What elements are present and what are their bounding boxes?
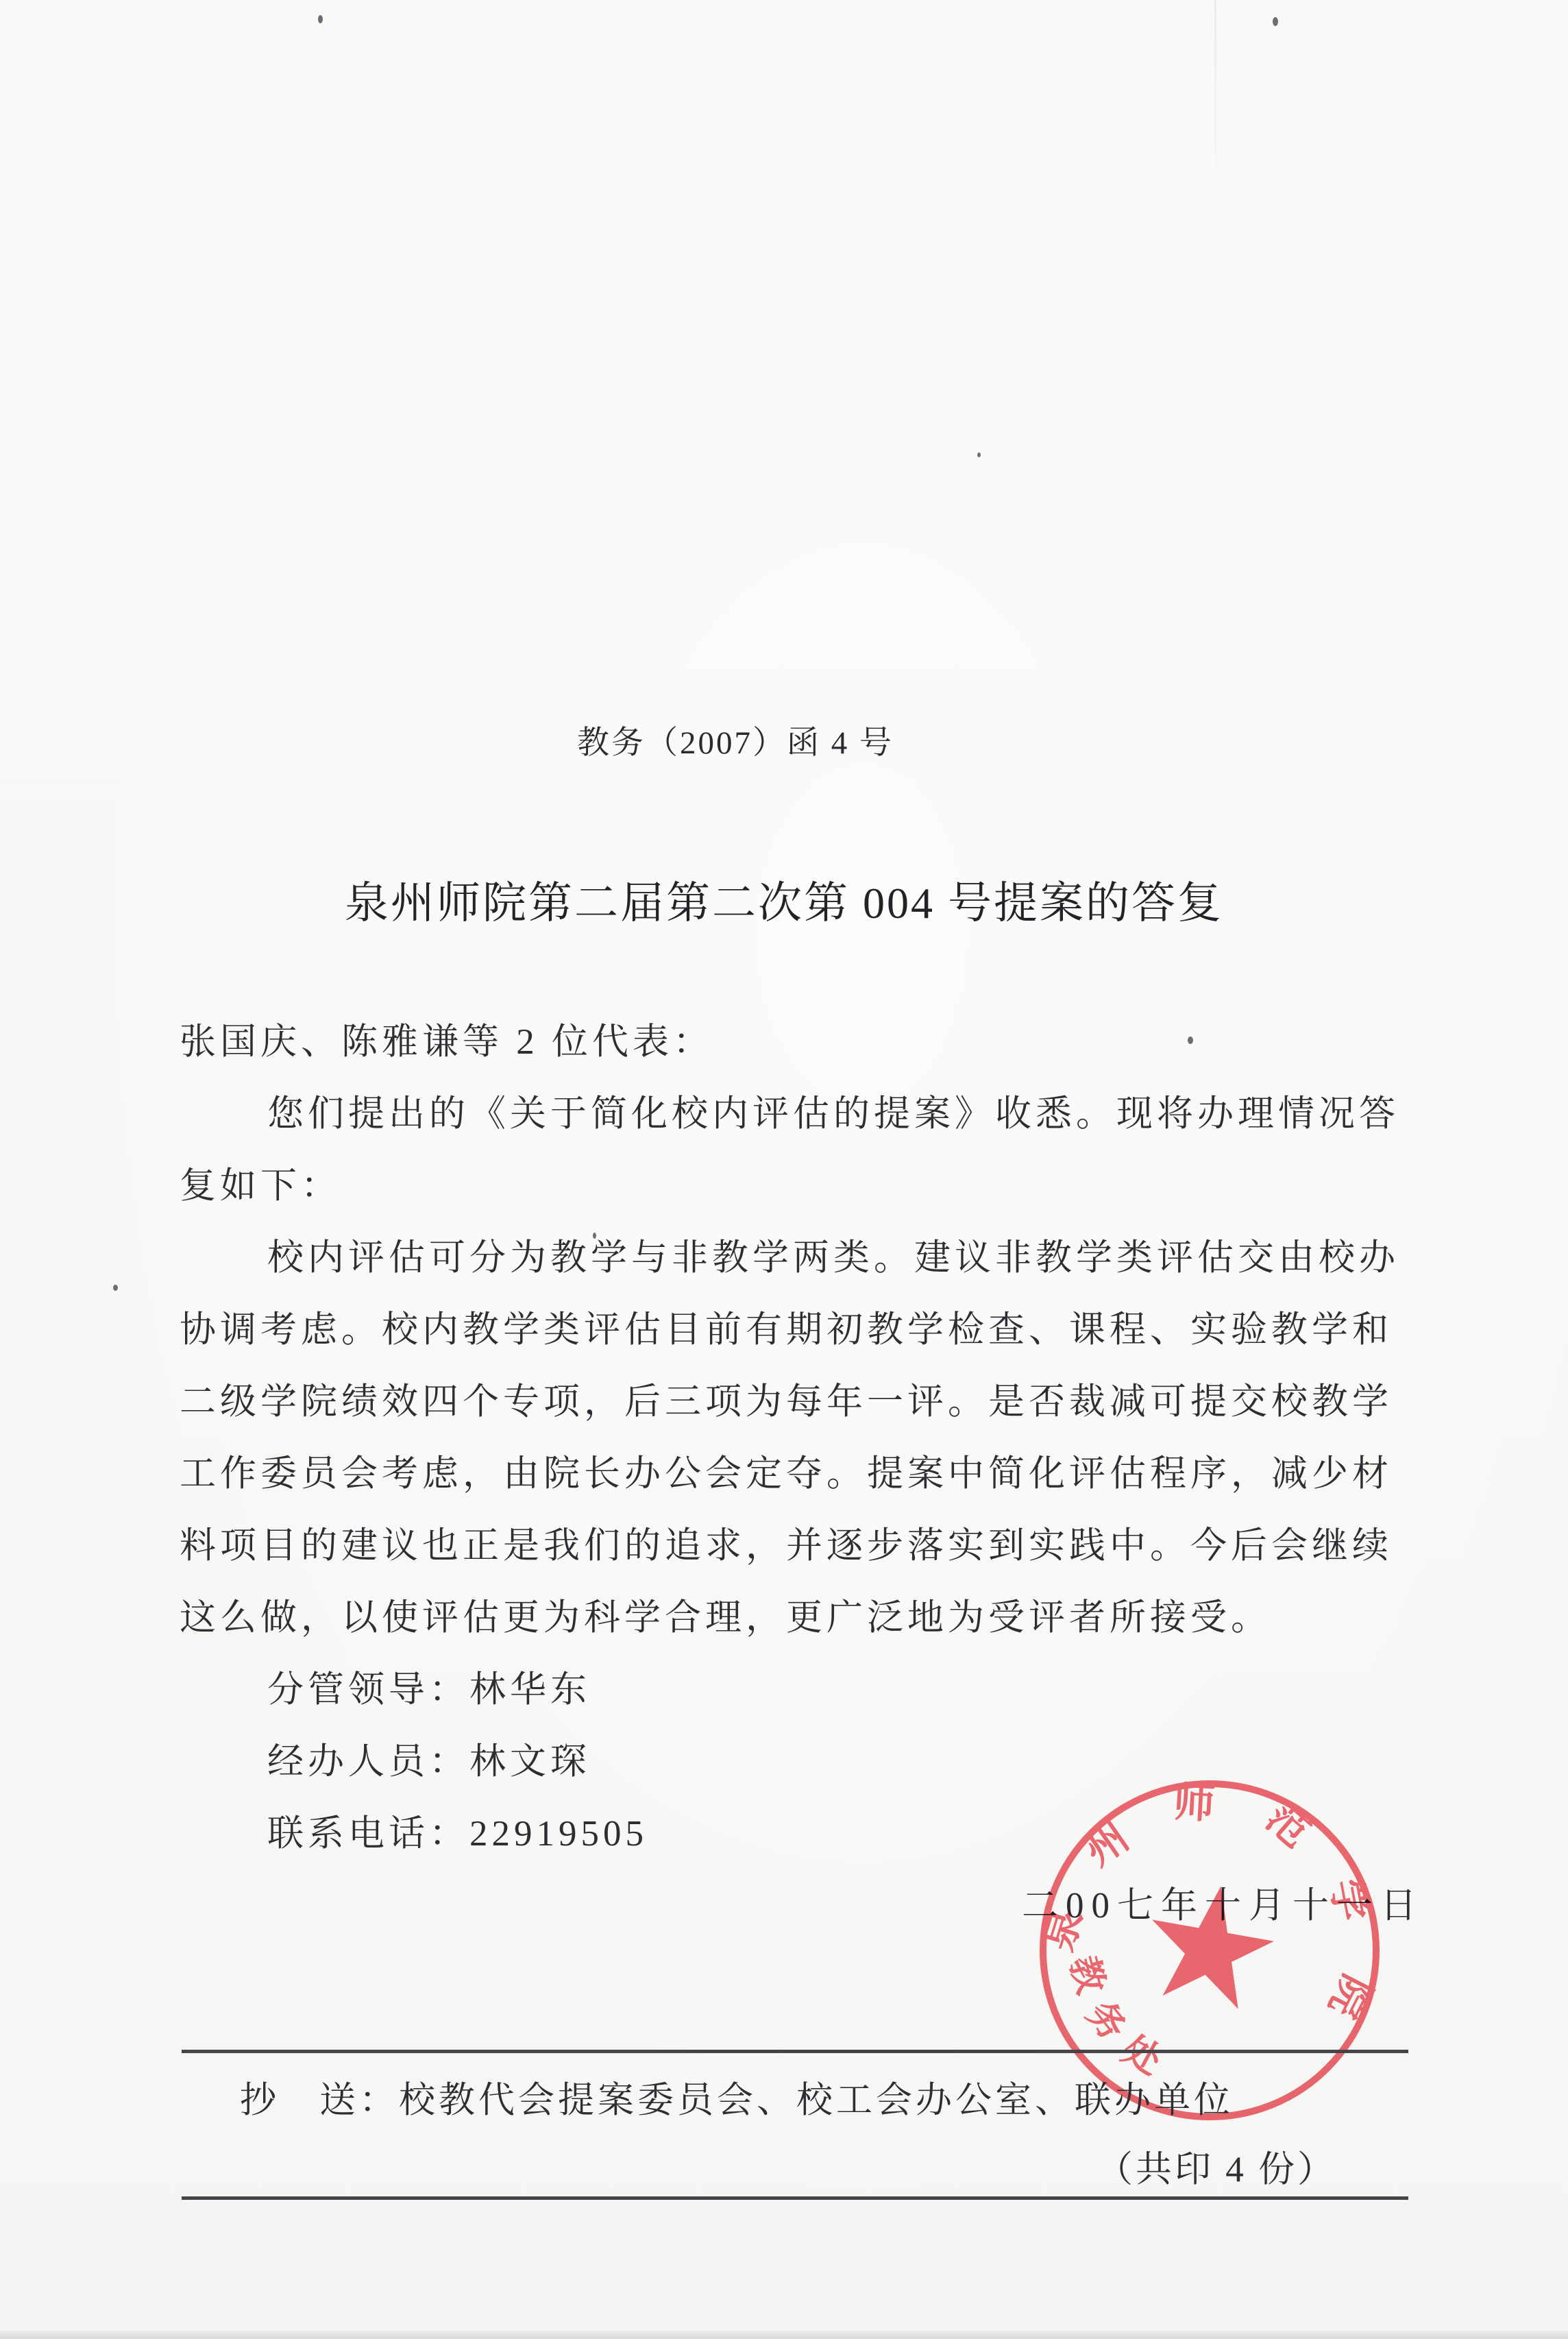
scan-speck <box>593 1233 596 1239</box>
scan-speck <box>113 1285 118 1291</box>
footer-rule-top <box>182 2050 1408 2053</box>
body-line: 料项目的建议也正是我们的追求，并逐步落实到实践中。今后会继续 <box>180 1510 1406 1582</box>
doc-number: 教务（2007）函 4 号 <box>577 717 894 763</box>
scan-speck <box>1273 17 1278 26</box>
body-line: 这么做，以使评估更为科学合理，更广泛地为受评者所接受。 <box>180 1582 1406 1654</box>
scanned-document-page: 教务（2007）函 4 号 泉州师院第二届第二次第 004 号提案的答复 张国庆… <box>0 0 1568 2339</box>
body-line: 二级学院绩效四个专项，后三项为每年一评。是否裁减可提交校教学 <box>180 1366 1406 1438</box>
paper-crease <box>1214 0 1216 206</box>
star-icon <box>1140 1876 1282 2013</box>
scan-speck <box>977 452 981 457</box>
cc-line: 抄 送：校教代会提案委员会、校工会办公室、联办单位 <box>240 2065 1234 2137</box>
footer-rule-bottom <box>182 2196 1408 2200</box>
body-line: 协调考虑。校内教学类评估目前有期初教学检查、课程、实验教学和 <box>180 1294 1406 1366</box>
body-line: 复如下： <box>180 1150 1406 1222</box>
scan-speck <box>1188 1037 1193 1044</box>
body-line: 校内评估可分为教学与非教学两类。建议非教学类评估交由校办 <box>180 1222 1406 1294</box>
leader-line: 分管领导：林华东 <box>180 1654 1406 1726</box>
salutation-line: 张国庆、陈雅谦等 2 位代表： <box>180 1006 1406 1078</box>
copies-note: （共印 4 份） <box>1097 2134 1336 2206</box>
doc-title: 泉州师院第二届第二次第 004 号提案的答复 <box>0 868 1568 931</box>
body-line: 您们提出的《关于简化校内评估的提案》收悉。现将办理情况答 <box>180 1078 1406 1150</box>
body-line: 工作委员会考虑，由院长办公会定夺。提案中简化评估程序，减少材 <box>180 1438 1406 1510</box>
scan-speck <box>318 15 323 23</box>
page-bottom-edge <box>0 2331 1568 2339</box>
